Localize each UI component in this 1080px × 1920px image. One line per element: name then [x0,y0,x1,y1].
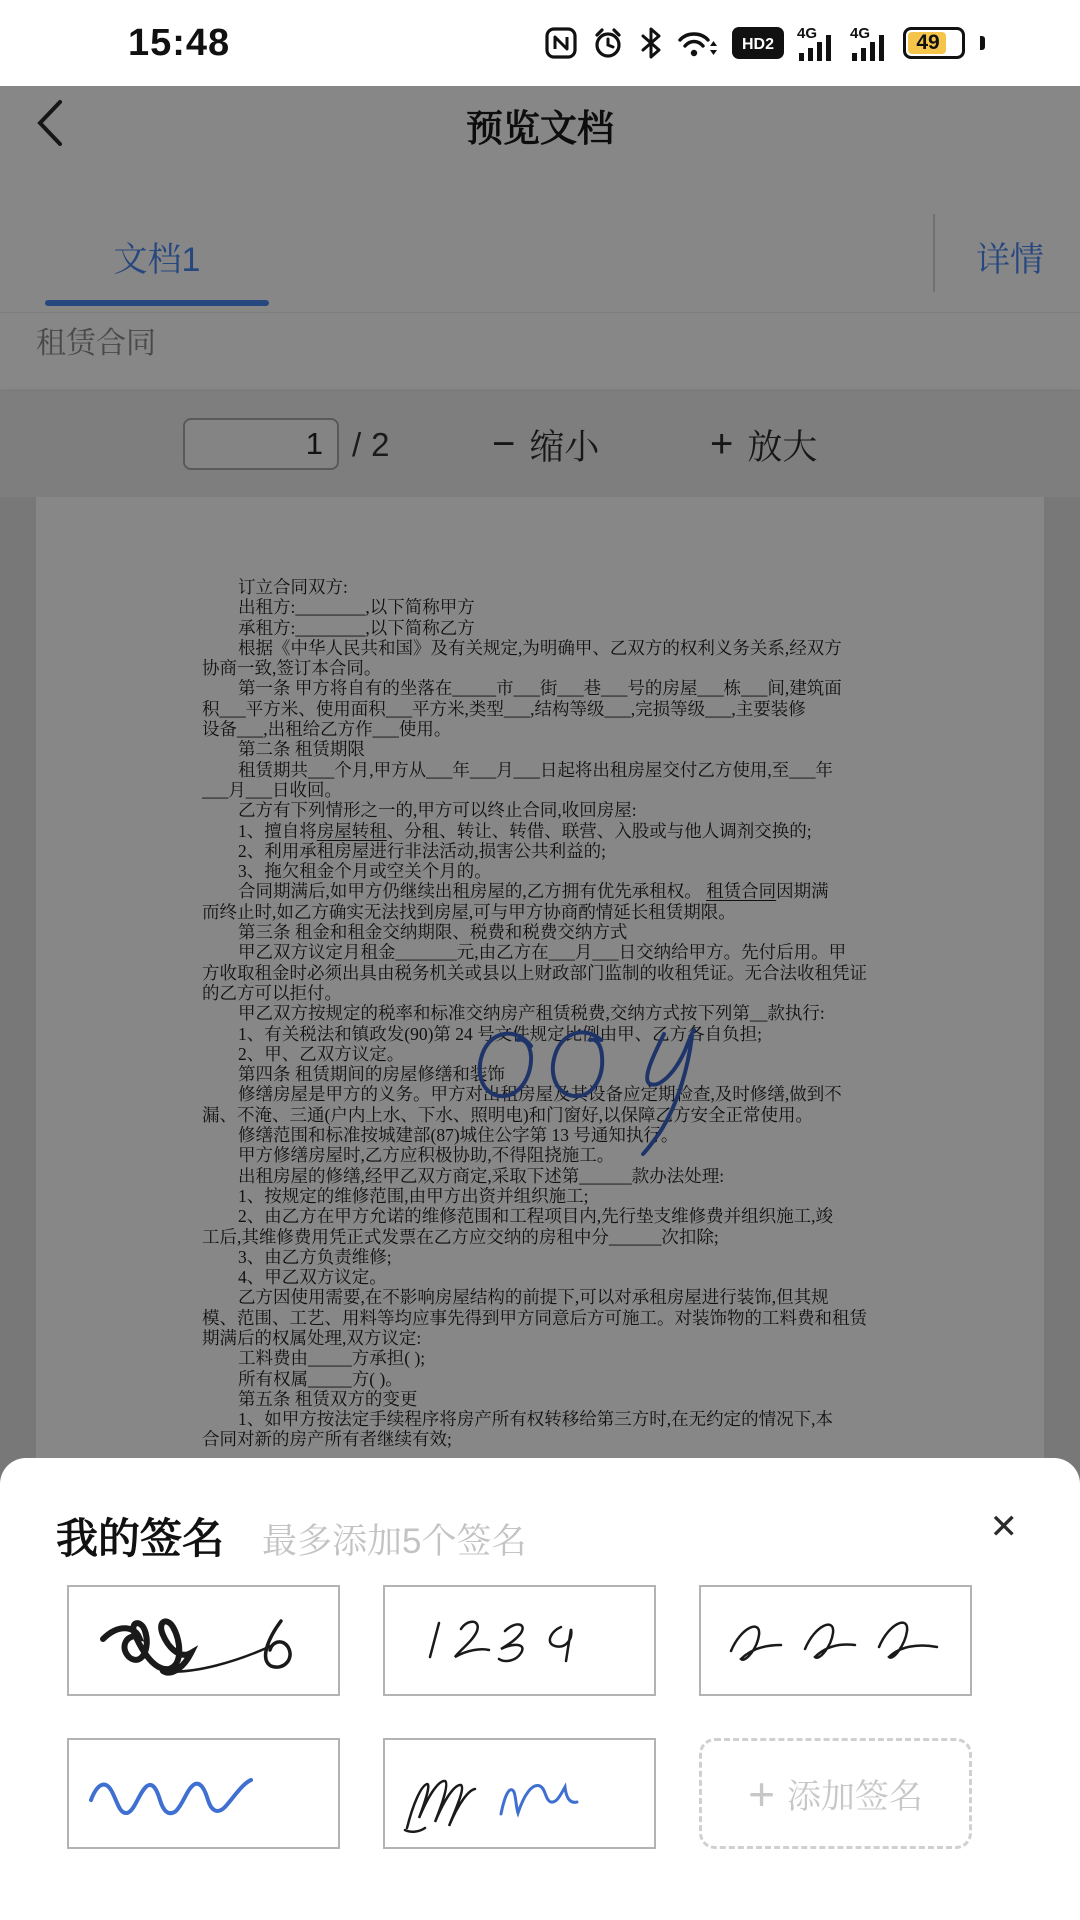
plus-icon: + [748,1771,775,1817]
status-bar: 15:48 HD2 [0,0,1080,86]
alarm-icon [591,26,625,60]
wifi-icon [677,27,719,59]
battery-icon: 49 [903,27,965,59]
close-icon[interactable]: ✕ [990,1510,1019,1544]
signal-4g-icon: 4G [850,25,890,61]
svg-text:4G: 4G [797,25,817,42]
signature-3-drawing [701,1587,970,1694]
svg-text:4G: 4G [850,25,870,42]
signature-item-5[interactable] [383,1738,656,1849]
signature-sheet: 我的签名 最多添加5个签名 ✕ + 添加签名 [0,1458,1080,1920]
signature-2-drawing [385,1587,654,1694]
add-signature-label: 添加签名 [787,1769,923,1818]
status-icons: HD2 4G 4G 49 [544,25,985,61]
battery-nub [980,36,985,50]
nfc-icon [544,26,578,60]
signature-item-3[interactable] [699,1585,972,1696]
screen: 15:48 HD2 [0,0,1080,1920]
signature-1-drawing [69,1587,338,1694]
svg-text:HD2: HD2 [742,36,774,53]
hd2-badge: HD2 [732,27,784,59]
signature-grid: + 添加签名 [67,1585,972,1849]
sheet-subtitle: 最多添加5个签名 [262,1514,526,1564]
signature-5-drawing [385,1740,654,1847]
status-time: 15:48 [128,22,230,65]
signature-item-1[interactable] [67,1585,340,1696]
add-signature-button[interactable]: + 添加签名 [699,1738,972,1849]
signature-4-drawing [69,1740,338,1847]
signature-item-2[interactable] [383,1585,656,1696]
bluetooth-icon [638,26,664,60]
battery-percent: 49 [906,30,950,56]
signal-4g-icon: 4G [797,25,837,61]
sheet-title: 我的签名 [56,1506,224,1566]
signature-sheet-header: 我的签名 最多添加5个签名 [56,1506,960,1566]
signature-item-4[interactable] [67,1738,340,1849]
